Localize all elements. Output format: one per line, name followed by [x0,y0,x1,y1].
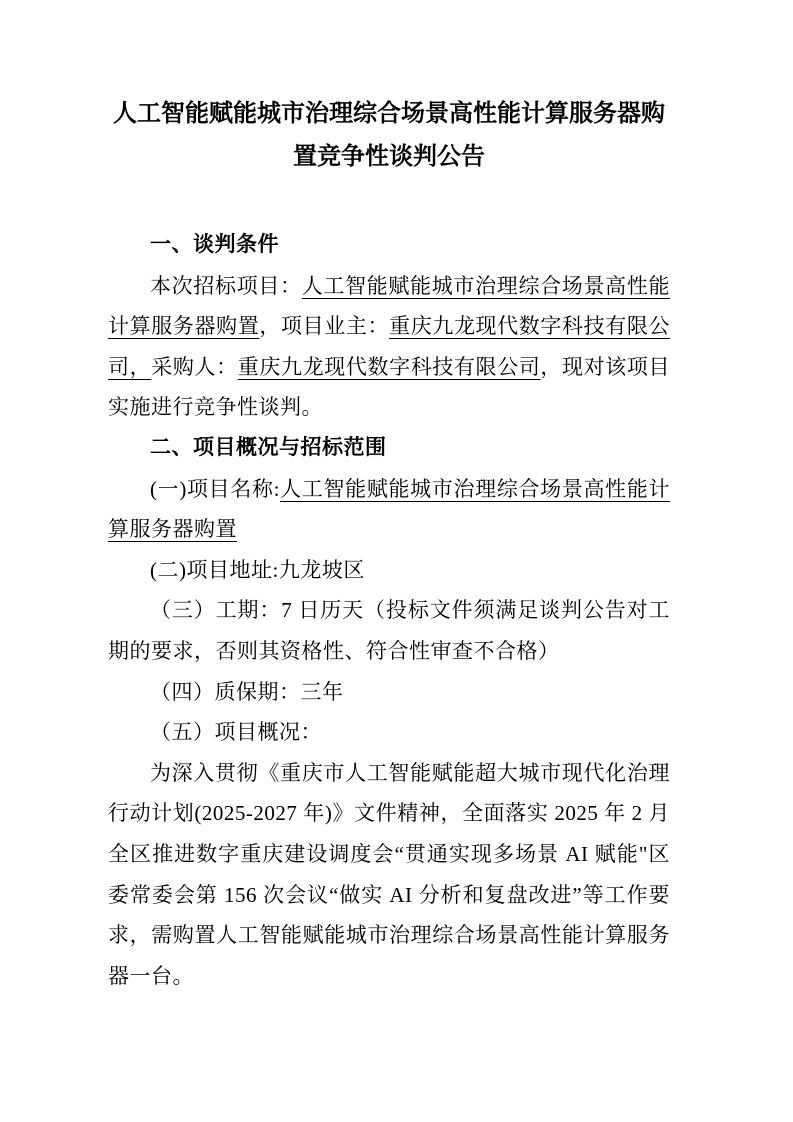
item-warranty-period: （四）质保期：三年 [108,672,670,713]
item-label: (一)项目名称: [150,477,280,501]
text-run: 采购人： [151,355,237,379]
section-1-heading: 一、谈判条件 [108,225,670,266]
project-overview-paragraph: 为深入贯彻《重庆市人工智能赋能超大城市现代化治理行动计划(2025-2027 年… [108,753,670,997]
item-value: 九龙坡区 [279,558,365,582]
underlined-purchaser-name: 重庆九龙现代数字科技有限公司 [238,355,541,379]
section-1-paragraph: 本次招标项目：人工智能赋能城市治理综合场景高性能计算服务器购置，项目业主：重庆九… [108,266,670,428]
item-label: (二)项目地址: [150,558,279,582]
item-project-name: (一)项目名称:人工智能赋能城市治理综合场景高性能计算服务器购置 [108,469,670,550]
document-content: 人工智能赋能城市治理综合场景高性能计算服务器购置竞争性谈判公告 一、谈判条件 本… [108,0,670,996]
item-project-address: (二)项目地址:九龙坡区 [108,550,670,591]
item-construction-period: （三）工期：7 日历天（投标文件须满足谈判公告对工期的要求，否则其资格性、符合性… [108,590,670,671]
item-project-overview-label: （五）项目概况： [108,712,670,753]
document-page: 人工智能赋能城市治理综合场景高性能计算服务器购置竞争性谈判公告 一、谈判条件 本… [0,0,793,1122]
text-run: 本次招标项目： [150,274,302,298]
section-2-heading: 二、项目概况与招标范围 [108,428,670,469]
document-body: 一、谈判条件 本次招标项目：人工智能赋能城市治理综合场景高性能计算服务器购置，项… [108,225,670,996]
document-title: 人工智能赋能城市治理综合场景高性能计算服务器购置竞争性谈判公告 [108,93,670,179]
text-run: ，项目业主： [259,314,389,338]
